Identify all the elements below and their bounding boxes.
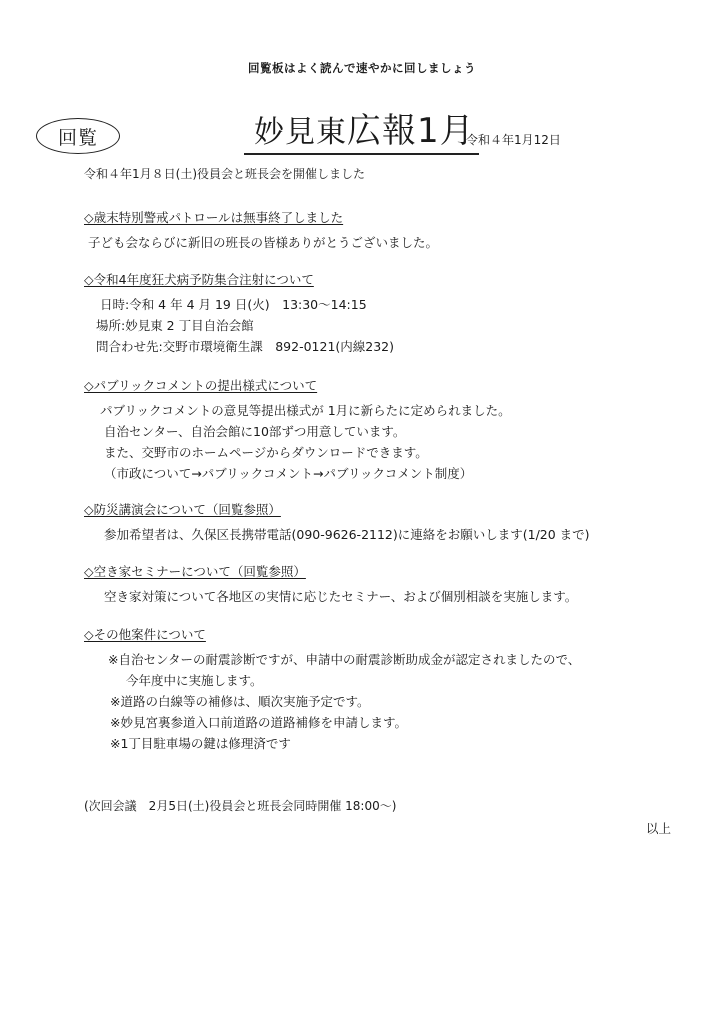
- section-line: ※1丁目駐車場の鍵は修理済です: [110, 733, 580, 754]
- next-meeting-note: (次回会議 2月5日(土)役員会と班長会同時開催 18:00〜): [84, 797, 396, 814]
- section-other-matters: ◇その他案件について ※自治センターの耐震診断ですが、申請中の耐震診断助成金が認…: [84, 625, 580, 754]
- section-heading: ◇令和4年度狂犬病予防集合注射について: [84, 270, 394, 288]
- section-line: ※妙見宮裏参道入口前道路の道路補修を申請します。: [110, 712, 580, 733]
- section-line: 自治センター、自治会館に10部ずつ用意しています。: [104, 421, 511, 442]
- section-line: 今年度中に実施します。: [126, 670, 580, 691]
- section-public-comment: ◇パブリックコメントの提出様式について パブリックコメントの意見等提出様式が 1…: [84, 376, 511, 484]
- section-line: ※道路の白線等の補修は、順次実施予定です。: [110, 691, 580, 712]
- section-line: 場所:妙見東 2 丁目自治会館: [96, 315, 394, 336]
- section-rabies-vaccination: ◇令和4年度狂犬病予防集合注射について 日時:令和 4 年 4 月 19 日(火…: [84, 270, 394, 357]
- section-line: （市政について→パブリックコメント→パブリックコメント制度）: [104, 463, 511, 484]
- section-disaster-lecture: ◇防災講演会について（回覧参照） 参加希望者は、久保区長携帯電話(090-962…: [84, 500, 590, 545]
- circulation-notice: 回覧板はよく読んで速やかに回しましょう: [0, 60, 724, 76]
- closing-mark: 以上: [646, 819, 671, 837]
- section-heading: ◇防災講演会について（回覧参照）: [84, 500, 590, 518]
- section-line: また、交野市のホームページからダウンロードできます。: [104, 442, 511, 463]
- stamp-label: 回覧: [58, 123, 98, 150]
- section-heading: ◇歳末特別警戒パトロールは無事終了しました: [84, 208, 438, 226]
- section-patrol: ◇歳末特別警戒パトロールは無事終了しました 子ども会ならびに新旧の班長の皆様あり…: [84, 208, 438, 253]
- page-title: 妙見東広報1月: [244, 112, 479, 155]
- circulation-stamp: 回覧: [36, 118, 120, 154]
- section-vacant-house-seminar: ◇空き家セミナーについて（回覧参照） 空き家対策について各地区の実情に応じたセミ…: [84, 562, 577, 607]
- section-line: 参加希望者は、久保区長携帯電話(090-9626-2112)に連絡をお願いします…: [104, 524, 590, 545]
- section-line: 空き家対策について各地区の実情に応じたセミナー、および個別相談を実施します。: [104, 586, 577, 607]
- section-line: 問合わせ先:交野市環境衛生課 892-0121(内線232): [96, 336, 394, 357]
- intro-text: 令和４年1月８日(土)役員会と班長会を開催しました: [84, 165, 365, 182]
- section-line: 子ども会ならびに新旧の班長の皆様ありがとうございました。: [88, 232, 438, 253]
- section-line: 日時:令和 4 年 4 月 19 日(火) 13:30〜14:15: [100, 294, 394, 315]
- section-heading: ◇パブリックコメントの提出様式について: [84, 376, 511, 394]
- section-line: パブリックコメントの意見等提出様式が 1月に新らたに定められました。: [100, 400, 511, 421]
- title-bulletin: 広報1月: [347, 111, 475, 151]
- section-line: ※自治センターの耐震診断ですが、申請中の耐震診断助成金が認定されましたので、: [108, 649, 580, 670]
- issue-date: 令和４年1月12日: [466, 131, 561, 148]
- section-heading: ◇空き家セミナーについて（回覧参照）: [84, 562, 577, 580]
- section-heading: ◇その他案件について: [84, 625, 580, 643]
- title-area: 妙見東: [254, 115, 347, 150]
